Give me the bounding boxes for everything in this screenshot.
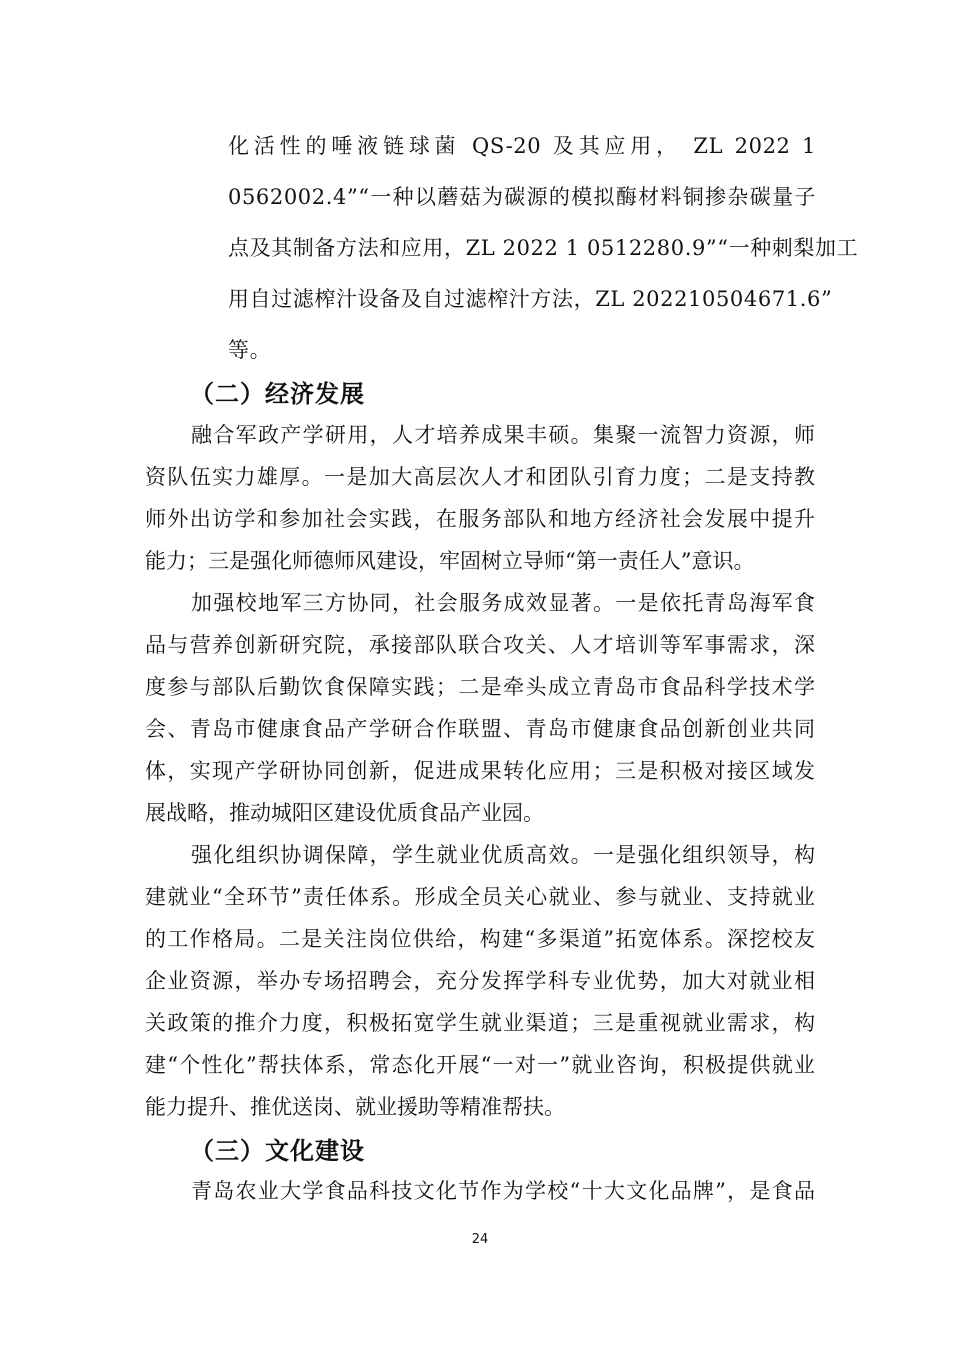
text-line: 建就业“全环节”责任体系。形成全员关心就业、参与就业、支持就业 [145, 876, 815, 918]
text-line: 加强校地军三方协同，社会服务成效显著。一是依托青岛海军食 [145, 582, 815, 624]
text-line: 企业资源，举办专场招聘会，充分发挥学科专业优势，加大对就业相 [145, 960, 815, 1002]
paragraph-talent-cultivation: 融合军政产学研用，人才培养成果丰硕。集聚一流智力资源，师 资队伍实力雄厚。一是加… [145, 414, 815, 582]
text-line: 能力；三是强化师德师风建设，牢固树立导师“第一责任人”意识。 [145, 540, 815, 582]
document-page: 化活性的唾液链球菌 QS-20 及其应用， ZL 2022 1 0562002.… [0, 0, 960, 1357]
text-line: 关政策的推介力度，积极拓宽学生就业渠道；三是重视就业需求，构 [145, 1002, 815, 1044]
text-line: 会、青岛市健康食品产学研合作联盟、青岛市健康食品创新创业共同 [145, 708, 815, 750]
paragraph-student-employment: 强化组织协调保障，学生就业优质高效。一是强化组织领导，构 建就业“全环节”责任体… [145, 834, 815, 1128]
text-line: 建“个性化”帮扶体系，常态化开展“一对一”就业咨询，积极提供就业 [145, 1044, 815, 1086]
paragraph-social-service: 加强校地军三方协同，社会服务成效显著。一是依托青岛海军食 品与营养创新研究院，承… [145, 582, 815, 834]
paragraph-food-tech-festival: 青岛农业大学食品科技文化节作为学校“十大文化品牌”，是食品 [145, 1170, 815, 1212]
text-line: 师外出访学和参加社会实践，在服务部队和地方经济社会发展中提升 [145, 498, 815, 540]
text-line: 青岛农业大学食品科技文化节作为学校“十大文化品牌”，是食品 [145, 1170, 815, 1212]
text-line: 展战略，推动城阳区建设优质食品产业园。 [145, 792, 815, 834]
text-line: 资队伍实力雄厚。一是加大高层次人才和团队引育力度；二是支持教 [145, 456, 815, 498]
text-line: 融合军政产学研用，人才培养成果丰硕。集聚一流智力资源，师 [145, 414, 815, 456]
text-line: 点及其制备方法和应用，ZL 2022 1 0512280.9”“一种刺梨加工 [228, 223, 816, 274]
text-line: 等。 [228, 325, 816, 376]
text-line: 品与营养创新研究院，承接部队联合攻关、人才培训等军事需求，深 [145, 624, 815, 666]
section-heading-economic-development: （二）经济发展 [190, 374, 365, 409]
text-line: 强化组织协调保障，学生就业优质高效。一是强化组织领导，构 [145, 834, 815, 876]
text-line: 化活性的唾液链球菌 QS-20 及其应用， ZL 2022 1 [228, 121, 816, 172]
text-line: 0562002.4”“一种以蘑菇为碳源的模拟酶材料铜掺杂碳量子 [228, 172, 816, 223]
patent-list-continuation: 化活性的唾液链球菌 QS-20 及其应用， ZL 2022 1 0562002.… [228, 121, 816, 376]
section-heading-cultural-construction: （三）文化建设 [190, 1131, 365, 1166]
text-line: 度参与部队后勤饮食保障实践；二是牵头成立青岛市食品科学技术学 [145, 666, 815, 708]
page-number: 24 [0, 1232, 960, 1247]
text-line: 能力提升、推优送岗、就业援助等精准帮扶。 [145, 1086, 815, 1128]
text-line: 用自过滤榨汁设备及自过滤榨汁方法，ZL 202210504671.6” [228, 274, 816, 325]
text-line: 的工作格局。二是关注岗位供给，构建“多渠道”拓宽体系。深挖校友 [145, 918, 815, 960]
text-line: 体，实现产学研协同创新，促进成果转化应用；三是积极对接区域发 [145, 750, 815, 792]
